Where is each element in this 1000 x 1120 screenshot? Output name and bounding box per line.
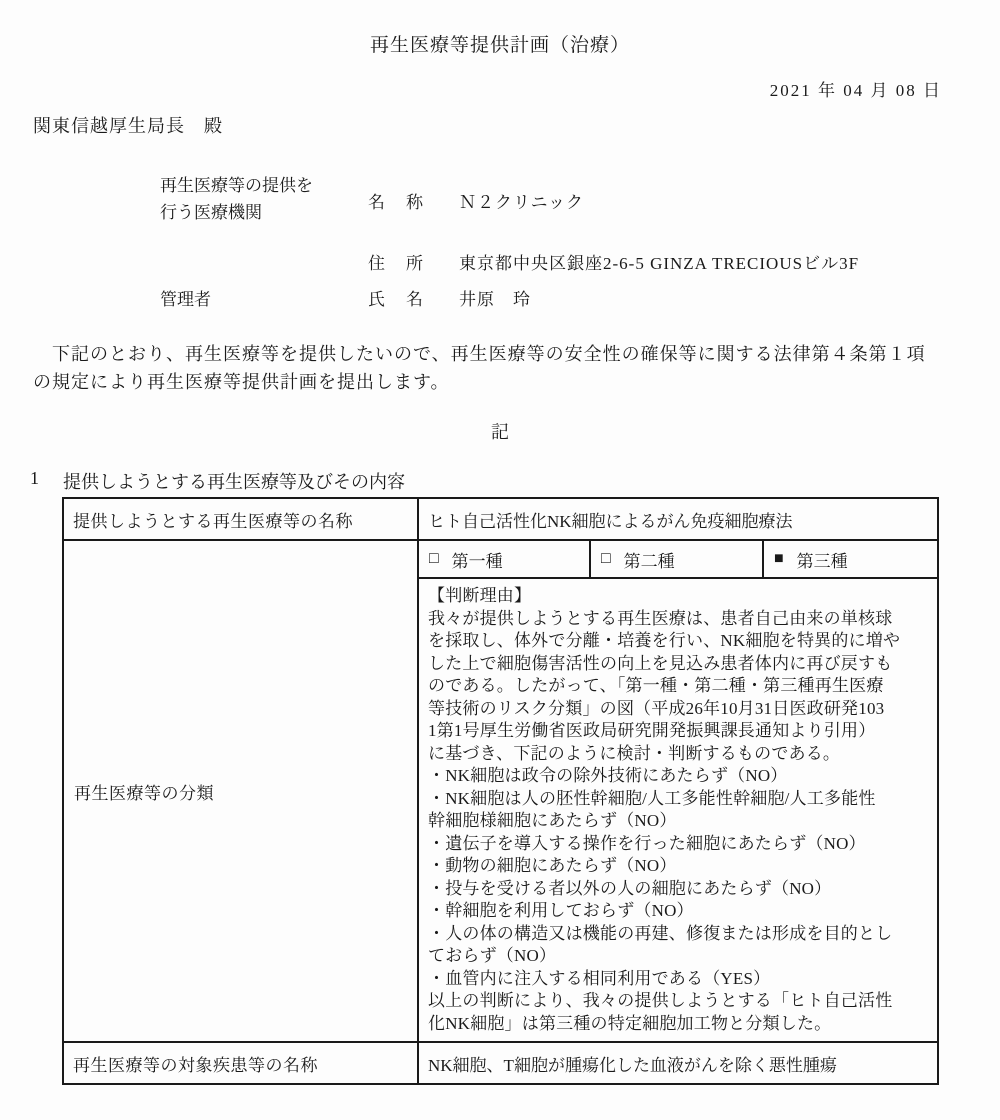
target-disease-value: NK細胞、T細胞が腫瘍化した血液がんを除く悪性腫瘍 xyxy=(418,1042,938,1084)
provider-name-row: 名 称 Ｎ２クリニック xyxy=(368,188,584,213)
provider-name-label: 名 称 xyxy=(368,188,425,213)
checkbox-class1-label: 第一種 xyxy=(452,547,503,572)
section1-heading: 1 提供しようとする再生医療等及びその内容 xyxy=(30,468,405,494)
checkbox-class3-label: 第三種 xyxy=(797,547,848,572)
provider-org-label-line2: 行う医療機関 xyxy=(160,199,313,226)
manager-name-label: 氏 名 xyxy=(368,285,425,310)
provider-org-label: 再生医療等の提供を 行う医療機関 xyxy=(160,172,313,226)
treatment-name-value: ヒト自己活性化NK細胞によるがん免疫細胞療法 xyxy=(418,498,938,540)
addressee-line: 関東信越厚生局長 殿 xyxy=(33,112,223,138)
manager-name-value: 井原 玲 xyxy=(459,285,531,310)
treatment-name-label: 提供しようとする再生医療等の名称 xyxy=(63,498,418,540)
provider-name-value: Ｎ２クリニック xyxy=(459,188,584,213)
checkbox-class1-icon[interactable]: □ xyxy=(429,551,439,567)
provider-address-label: 住 所 xyxy=(368,249,425,274)
record-marker: 記 xyxy=(0,418,1000,444)
classification-option-class2[interactable]: □ 第二種 xyxy=(590,540,763,578)
document-page: 再生医療等提供計画（治療） 2021 年 04 月 08 日 関東信越厚生局長 … xyxy=(0,0,1000,1120)
table-row-treatment-name: 提供しようとする再生医療等の名称 ヒト自己活性化NK細胞によるがん免疫細胞療法 xyxy=(63,498,938,540)
document-title: 再生医療等提供計画（治療） xyxy=(0,30,1000,57)
classification-label: 再生医療等の分類 xyxy=(63,540,418,1042)
classification-option-class1[interactable]: □ 第一種 xyxy=(418,540,590,578)
checkbox-class2-label: 第二種 xyxy=(624,547,675,572)
manager-name-row: 氏 名 井原 玲 xyxy=(368,285,531,310)
checkbox-class2-icon[interactable]: □ xyxy=(601,551,611,567)
classification-option-class3[interactable]: ■ 第三種 xyxy=(763,540,938,578)
plan-details-table: 提供しようとする再生医療等の名称 ヒト自己活性化NK細胞によるがん免疫細胞療法 … xyxy=(62,497,939,1085)
provider-address-row: 住 所 東京都中央区銀座2-6-5 GINZA TRECIOUSビル3F xyxy=(368,249,859,274)
table-row-target-disease: 再生医療等の対象疾患等の名称 NK細胞、T細胞が腫瘍化した血液がんを除く悪性腫瘍 xyxy=(63,1042,938,1084)
table-row-classification-options: 再生医療等の分類 □ 第一種 □ 第二種 ■ 第三種 xyxy=(63,540,938,578)
provider-address-value: 東京都中央区銀座2-6-5 GINZA TRECIOUSビル3F xyxy=(459,249,859,274)
section1-title: 提供しようとする再生医療等及びその内容 xyxy=(63,468,405,494)
manager-label: 管理者 xyxy=(160,285,211,310)
checkbox-class3-icon[interactable]: ■ xyxy=(774,551,784,567)
section1-number: 1 xyxy=(30,468,63,494)
target-disease-label: 再生医療等の対象疾患等の名称 xyxy=(63,1042,418,1084)
submission-statement: 下記のとおり、再生医療等を提供したいので、再生医療等の安全性の確保等に関する法律… xyxy=(33,340,973,396)
provider-org-label-line1: 再生医療等の提供を xyxy=(160,172,313,199)
judgment-reason-text: 【判断理由】 我々が提供しようとする再生医療は、患者自己由来の単核球 を採取し、… xyxy=(418,578,938,1042)
document-date: 2021 年 04 月 08 日 xyxy=(770,76,942,101)
